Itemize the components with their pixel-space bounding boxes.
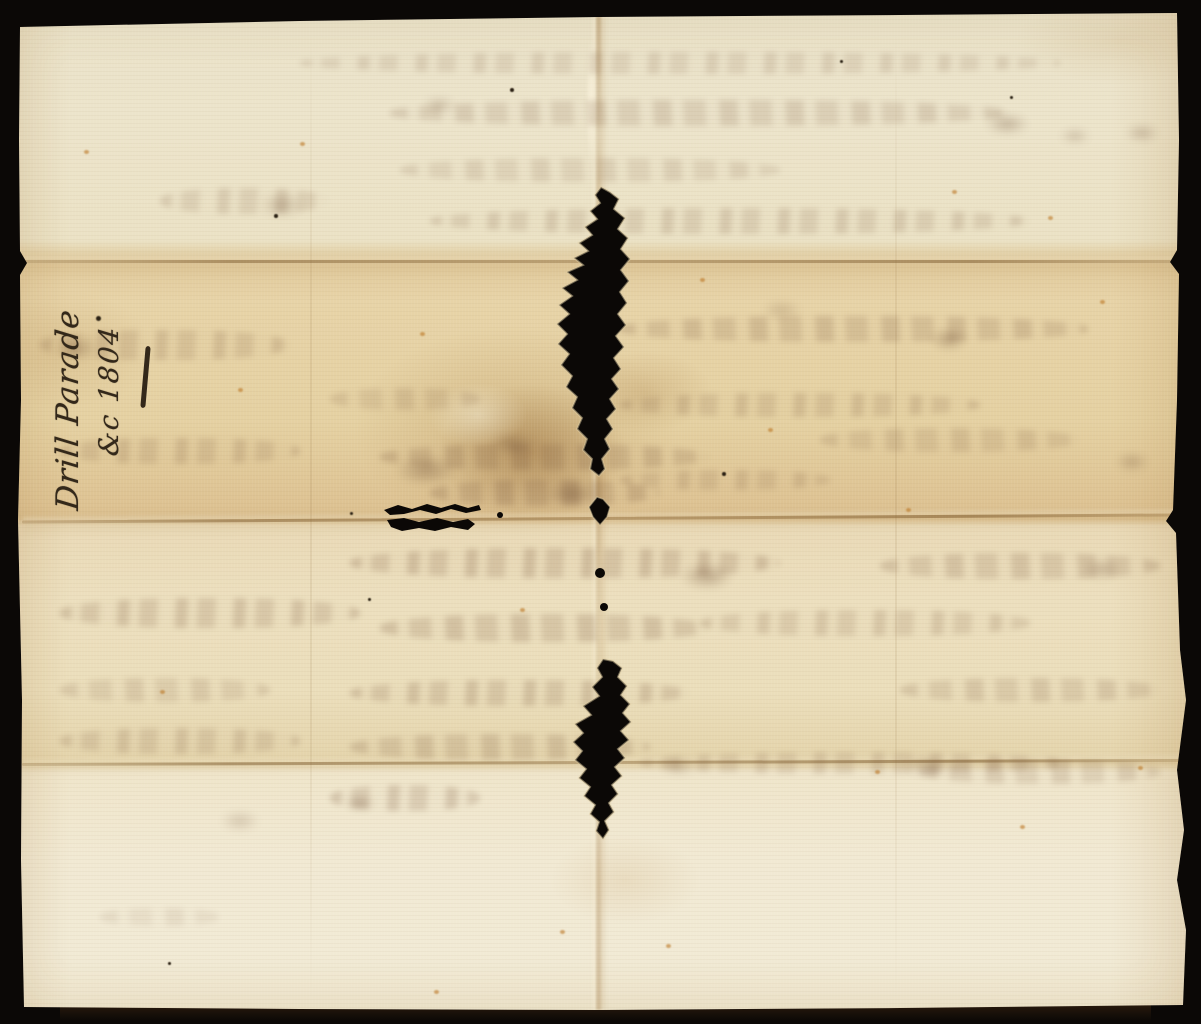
ghost-writing-line: [390, 100, 1010, 126]
ink-speck: [1010, 96, 1013, 99]
ghost-writing-line: [350, 680, 690, 706]
ghost-writing-line: [60, 598, 360, 628]
ghost-writing-line: [700, 610, 1030, 636]
foxing-freckle: [952, 190, 957, 194]
fold-line-top: [22, 260, 1181, 263]
ghost-writing-line: [60, 728, 300, 754]
ink-speck: [350, 512, 353, 515]
ghost-writing-line: [920, 760, 1160, 784]
ghost-writing-line: [380, 614, 710, 642]
stain-spot: [1060, 128, 1090, 144]
ghost-writing-line: [620, 393, 980, 417]
stain-spot: [345, 795, 375, 811]
faint-vertical-crease-right: [895, 30, 897, 1002]
ink-speck: [840, 60, 843, 63]
stain-spot: [1082, 558, 1122, 580]
foxing-freckle: [300, 142, 305, 146]
handwritten-annotation: Drill Parade &c 1804: [50, 260, 148, 510]
annotation-text-line2: &c 1804: [94, 258, 125, 457]
foxing-freckle: [160, 690, 165, 694]
fold-line-middle: [22, 513, 1181, 523]
stain-spot: [762, 300, 802, 320]
ghost-writing-line: [618, 316, 1088, 342]
stain-spot: [660, 756, 696, 776]
foxing-freckle: [1048, 216, 1053, 220]
paper-sheet: Drill Parade &c 1804: [0, 0, 1201, 1024]
foxing-freckle: [666, 944, 671, 948]
foxing-freckle: [906, 508, 911, 512]
ink-speck: [368, 598, 371, 601]
foxing-freckle: [520, 608, 525, 612]
ghost-writing-line: [820, 428, 1080, 452]
stain-spot: [905, 755, 949, 777]
foxing-freckle: [1020, 825, 1025, 829]
faint-vertical-crease-left: [310, 30, 312, 1002]
ghost-writing-line: [330, 388, 480, 410]
stain-spot: [260, 192, 304, 218]
foxing-freckle: [1100, 300, 1105, 304]
ink-speck: [274, 214, 278, 218]
stain-spot: [422, 96, 456, 114]
foxing-freckle: [238, 388, 243, 392]
stain-spot: [985, 113, 1029, 135]
stain-spot: [545, 480, 601, 508]
foxing-freckle: [700, 278, 705, 282]
ghost-writing-line: [430, 208, 1030, 234]
ink-speck: [586, 440, 589, 443]
scanner-background: Drill Parade &c 1804: [0, 0, 1201, 1024]
stain-spot: [1125, 124, 1159, 142]
stain-spot: [930, 327, 968, 351]
ghost-writing-line: [100, 908, 220, 926]
stain-spot: [680, 562, 734, 590]
stain-spot: [1115, 452, 1149, 472]
annotation-text-line1: Drill Parade: [50, 258, 86, 512]
ink-speck: [168, 962, 171, 965]
stain-spot: [220, 810, 260, 832]
ghost-writing-line: [160, 188, 330, 214]
foxing-freckle: [434, 990, 439, 994]
ghost-writing-line: [900, 678, 1160, 702]
ink-speck: [722, 472, 726, 476]
ghost-writing-line: [300, 52, 1060, 74]
ghost-writing-line: [60, 678, 270, 702]
ghost-writing-line: [350, 734, 650, 760]
foxing-freckle: [420, 332, 425, 336]
foxing-freckle: [768, 428, 773, 432]
foxing-freckle: [1138, 766, 1143, 770]
ghost-writing-line: [400, 158, 780, 182]
stain-spot: [490, 432, 536, 456]
foxing-freckle: [875, 770, 880, 774]
ink-speck: [510, 88, 514, 92]
foxing-freckle: [84, 150, 89, 154]
foxing-freckle: [560, 930, 565, 934]
stain-spot: [395, 455, 457, 485]
annotation-flourish-dash: [140, 346, 150, 408]
